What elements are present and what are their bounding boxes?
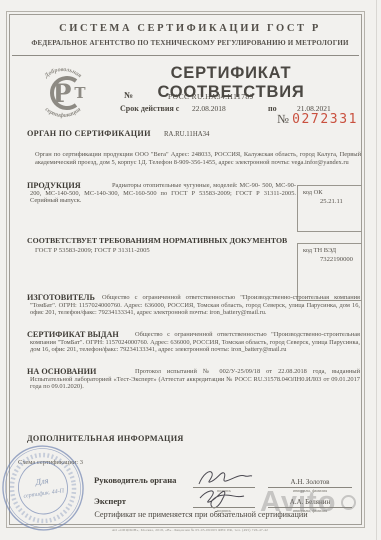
certification-body-text: Орган по сертификации продукции ООО "Вег… [35,151,361,166]
manufacturer-text: Общество с ограниченной ответственностью… [30,294,360,317]
certification-body-code: RA.RU.11НА34 [164,131,209,138]
expert-label: Эксперт [94,496,126,506]
certificate-number-label: № [124,90,133,100]
blank-number: № 0272331 [277,112,358,127]
validity-to-label: по [268,104,277,113]
tnved-code-box: код ТН ВЭД 7322190000 [297,243,362,301]
scan-edge-line [376,0,377,540]
ok-code-value: 25.21.11 [320,198,362,205]
ok-code-label: код ОК [303,189,362,196]
stamp-center-line1: Для [34,475,49,487]
header-divider [12,55,359,56]
agency-line: ФЕДЕРАЛЬНОЕ АГЕНТСТВО ПО ТЕХНИЧЕСКОМУ РЕ… [14,39,366,47]
avito-watermark-ring-icon [341,495,356,510]
conformity-text: ГОСТ Р 53583-2009; ГОСТ Р 31311-2005 [35,247,285,254]
ok-code-box: код ОК 25.21.11 [297,185,362,232]
round-stamp: Для сертифик. 44-П [0,437,92,538]
certificate-page: СИСТЕМА СЕРТИФИКАЦИИ ГОСТ Р ФЕДЕРАЛЬНОЕ … [0,0,381,540]
issued-to-text: Общество с ограниченной ответственностью… [30,331,360,354]
validity-label: Срок действия с [120,104,179,113]
logo-letter-t: Т [74,84,86,102]
stamp-center-line2: сертифик. 44-П [23,487,65,500]
head-name: А.Н. Золотов [268,478,352,486]
certificate-number: РОСС RU.НА34.Н11789 [168,92,254,101]
product-text: Радиаторы отопительные чугунные, моделей… [30,182,296,205]
rst-logo-icon: Добровольная сертификация Р Т [30,60,96,126]
blank-number-label: № [277,112,289,126]
certification-body-label: ОРГАН ПО СЕРТИФИКАЦИИ [27,129,151,138]
logo-letter-r: Р [53,79,72,108]
conformity-label: СООТВЕТСТВУЕТ ТРЕБОВАНИЯМ НОРМАТИВНЫХ ДО… [27,236,287,245]
validity-from-date: 22.08.2018 [192,104,226,113]
avito-watermark: Avito [260,486,356,519]
printer-fineprint: АО «ОПЦИОН», Москва, 2018, «В». Лицензия… [40,528,340,532]
head-of-body-label: Руководитель органа [94,475,176,485]
avito-watermark-text: Avito [260,486,336,519]
system-title: СИСТЕМА СЕРТИФИКАЦИИ ГОСТ Р [20,23,360,34]
tnved-code-label: код ТН ВЭД [303,247,362,254]
tnved-code-value: 7322190000 [320,256,362,263]
blank-number-value: 0272331 [292,112,358,127]
basis-text: Протокол испытаний № 002/У-25/09/18 от 2… [30,368,360,391]
